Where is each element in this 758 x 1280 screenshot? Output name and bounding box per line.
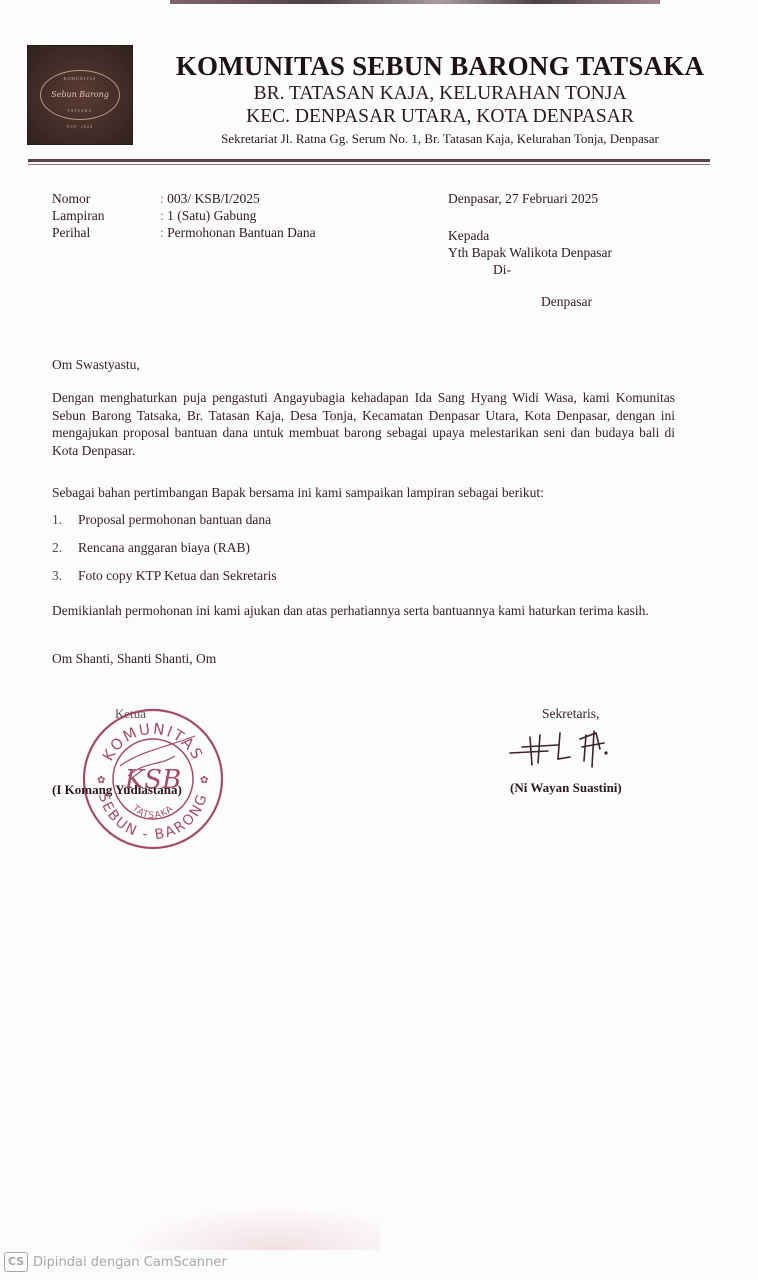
logo-year: EST. 2024	[28, 124, 132, 129]
kepada-label: Kepada	[448, 227, 612, 244]
place-date: Denpasar, 27 Februari 2025	[448, 190, 612, 207]
list-number: 1.	[52, 512, 78, 540]
letterhead-divider-thin	[28, 164, 710, 165]
meta-value: Permohonan Bantuan Dana	[160, 224, 316, 241]
list-number: 3.	[52, 568, 78, 596]
recipient-city: Denpasar	[448, 293, 612, 310]
svg-text:KSB: KSB	[124, 765, 181, 795]
signature-icon	[508, 725, 618, 770]
official-stamp-icon: KOMUNITAS SEBUN - BARONG TATSAKA KSB ✿ ✿	[80, 706, 226, 852]
list-text: Proposal permohonan bantuan dana	[78, 512, 271, 540]
recipient-name: Yth Bapak Walikota Denpasar	[448, 244, 612, 261]
attachments-intro: Sebagai bahan pertimbangan Bapak bersama…	[52, 485, 544, 501]
list-text: Rencana anggaran biaya (RAB)	[78, 540, 250, 568]
letterhead: KOMUNITAS SEBUN BARONG TATSAKA BR. TATAS…	[140, 50, 740, 148]
meta-label: Perihal	[52, 224, 160, 241]
svg-text:✿: ✿	[200, 775, 208, 786]
letter-meta: Nomor 003/ KSB/I/2025 Lampiran 1 (Satu) …	[52, 190, 316, 241]
meta-row-nomor: Nomor 003/ KSB/I/2025	[52, 190, 316, 207]
logo-bottom-text: TATSAKA	[28, 108, 132, 113]
sekretaris-name: (Ni Wayan Suastini)	[510, 780, 622, 796]
list-item: 1. Proposal permohonan bantuan dana	[52, 512, 277, 540]
meta-value: 1 (Satu) Gabung	[160, 207, 256, 224]
meta-label: Nomor	[52, 190, 160, 207]
logo-top-text: KOMUNITAS	[28, 76, 132, 81]
letterhead-line-1: BR. TATASAN KAJA, KELURAHAN TONJA	[140, 82, 740, 105]
scan-smudge	[120, 1205, 380, 1250]
logo-script-text: Sebun Barong	[28, 90, 132, 99]
svg-text:✿: ✿	[97, 775, 105, 786]
svg-text:TATSAKA: TATSAKA	[129, 803, 176, 821]
closing-salutation: Om Shanti, Shanti Shanti, Om	[52, 651, 216, 667]
meta-row-lampiran: Lampiran 1 (Satu) Gabung	[52, 207, 316, 224]
sekretaris-label: Sekretaris,	[542, 706, 599, 722]
body-paragraph: Dengan menghaturkan puja pengastuti Anga…	[52, 389, 675, 459]
letterhead-line-2: KEC. DENPASAR UTARA, KOTA DENPASAR	[140, 105, 740, 128]
list-number: 2.	[52, 540, 78, 568]
list-item: 2. Rencana anggaran biaya (RAB)	[52, 540, 277, 568]
recipient-block: Denpasar, 27 Februari 2025 Kepada Yth Ba…	[448, 190, 612, 310]
attachments-list: 1. Proposal permohonan bantuan dana 2. R…	[52, 512, 277, 596]
organization-title: KOMUNITAS SEBUN BARONG TATSAKA	[140, 50, 740, 82]
greeting: Om Swastyastu,	[52, 357, 140, 373]
camscanner-watermark: CS Dipindai dengan CamScanner	[4, 1252, 227, 1272]
camscanner-logo-icon: CS	[4, 1252, 28, 1272]
recipient-di: Di-	[448, 261, 612, 278]
meta-row-perihal: Perihal Permohonan Bantuan Dana	[52, 224, 316, 241]
list-text: Foto copy KTP Ketua dan Sekretaris	[78, 568, 277, 596]
meta-value: 003/ KSB/I/2025	[160, 190, 260, 207]
list-item: 3. Foto copy KTP Ketua dan Sekretaris	[52, 568, 277, 596]
svg-text:KOMUNITAS: KOMUNITAS	[99, 720, 207, 764]
scan-page-edge	[170, 0, 660, 4]
meta-label: Lampiran	[52, 207, 160, 224]
letterhead-divider	[28, 159, 710, 162]
community-logo: KOMUNITAS Sebun Barong TATSAKA EST. 2024	[27, 45, 133, 145]
closing-paragraph: Demikianlah permohonan ini kami ajukan d…	[52, 596, 692, 625]
letterhead-address: Sekretariat Jl. Ratna Gg. Serum No. 1, B…	[140, 130, 740, 148]
watermark-text: Dipindai dengan CamScanner	[33, 1255, 227, 1270]
